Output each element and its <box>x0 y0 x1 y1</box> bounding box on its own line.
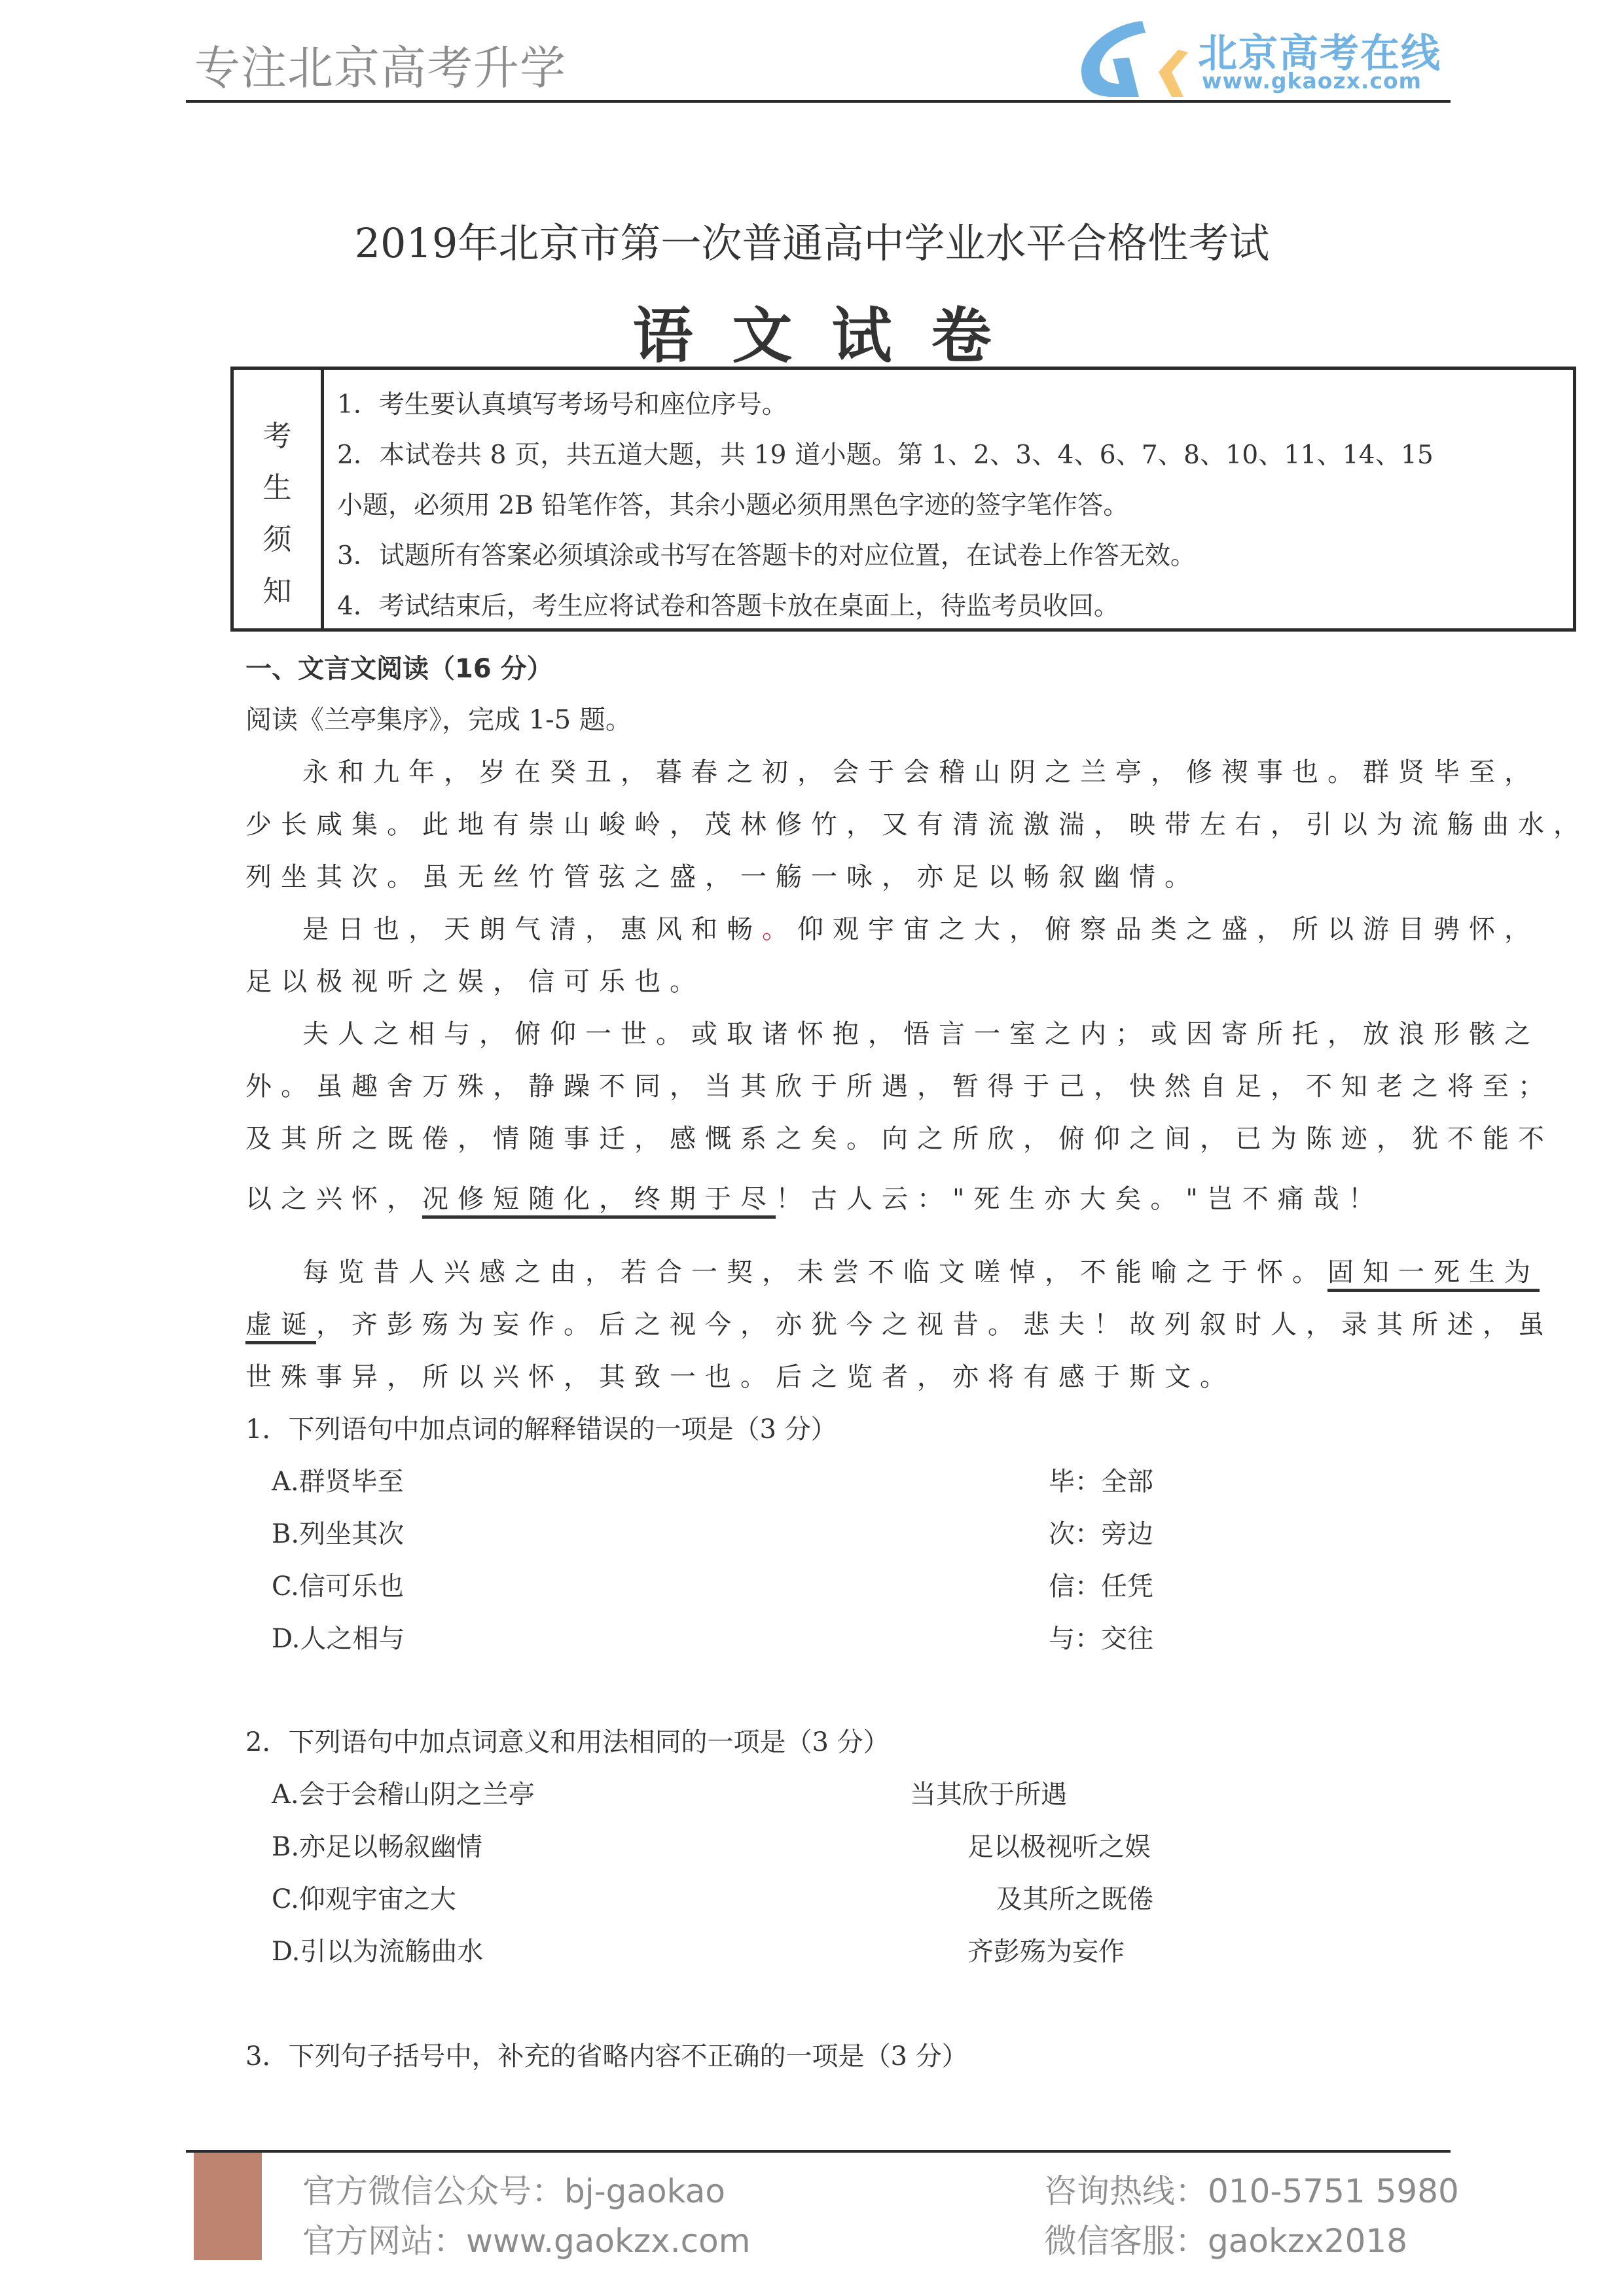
q2-option-d-compare: 齐彭殇为妄作 <box>967 1931 1125 1968</box>
header-slogan: 专注北京高考升学 <box>194 31 566 98</box>
exam-title: 2019年北京市第一次普通高中学业水平合格性考试 <box>0 211 1624 269</box>
notice-item-2-cont: 小题，必须用 2B 铅笔作答，其余小题必须用黑色字迹的签字笔作答。 <box>337 485 1128 522</box>
footer-wechat-public: 官方微信公众号：bj-gaokao <box>302 2165 725 2212</box>
passage-line: 及其所之既倦，情随事迁，感慨系之矣。向之所欣，俯仰之间，已为陈迹，犹不能不 <box>245 1118 1553 1155</box>
passage-line: 以之兴怀，况修短随化，终期于尽！古人云："死生亦大矣。"岂不痛哉！ <box>245 1178 1384 1215</box>
q1-option-a-gloss: 毕：全部 <box>1049 1461 1153 1498</box>
section-heading: 一、文言文阅读（16 分） <box>245 648 553 685</box>
passage-line: 虚诞，齐彭殇为妄作。后之视今，亦犹今之视昔。悲夫！故列叙时人，录其所述，虽 <box>245 1304 1553 1341</box>
passage-line: 每览昔人兴感之由，若合一契，未尝不临文嗟悼，不能喻之于怀。固知一死生为 <box>302 1251 1540 1289</box>
logo-url: www.gkaozx.com <box>1202 68 1422 94</box>
underlined-sentence: 固知一死生为 <box>1327 1257 1540 1292</box>
q1-option-c-gloss: 信：任凭 <box>1049 1566 1153 1603</box>
footer-accent-block <box>194 2153 262 2260</box>
footer-wechat-service: 微信客服：gaokzx2018 <box>1044 2215 1407 2262</box>
q2-option-c: C.仰观宇宙之大 <box>272 1878 456 1916</box>
passage-line: 是日也，天朗气清，惠风和畅。仰观宇宙之大，俯察品类之盛，所以游目骋怀， <box>302 908 1540 946</box>
footer-website: 官方网站：www.gaokzx.com <box>302 2215 750 2262</box>
notice-label: 考 生 须 知 <box>234 410 321 617</box>
notice-item-3: 3．试题所有答案必须填涂或书写在答题卡的对应位置，在试卷上作答无效。 <box>337 535 1196 572</box>
underlined-sentence: 况修短随化，终期于尽 <box>422 1184 776 1219</box>
red-period-mark: 。 <box>762 914 797 944</box>
q1-option-d: D.人之相与 <box>272 1618 405 1655</box>
notice-item-1: 1．考生要认真填写考场号和座位序号。 <box>337 384 787 421</box>
q2-option-b-compare: 足以极视听之娱 <box>967 1826 1151 1863</box>
passage-line: 世殊事异，所以兴怀，其致一也。后之览者，亦将有感于斯文。 <box>245 1356 1235 1393</box>
q1-option-a: A.群贤毕至 <box>272 1461 404 1498</box>
footer-divider <box>186 2150 1451 2153</box>
question-3-stem: 3．下列句子括号中，补充的省略内容不正确的一项是（3 分） <box>245 2036 968 2073</box>
q2-option-b: B.亦足以畅叙幽情 <box>272 1826 482 1863</box>
passage-line: 足以极视听之娱，信可乐也。 <box>245 961 705 998</box>
q2-option-c-compare: 及其所之既倦 <box>996 1878 1153 1916</box>
passage-line: 少长咸集。此地有崇山峻岭，茂林修竹，又有清流激湍，映带左右，引以为流觞曲水， <box>245 804 1589 841</box>
passage-line: 列坐其次。虽无丝竹管弦之盛，一觞一咏，亦足以畅叙幽情。 <box>245 856 1200 893</box>
q1-option-b: B.列坐其次 <box>272 1513 404 1551</box>
q1-option-d-gloss: 与：交往 <box>1049 1618 1153 1655</box>
q2-option-a-compare: 当其欣于所遇 <box>910 1774 1067 1811</box>
question-2-stem: 2．下列语句中加点词意义和用法相同的一项是（3 分） <box>245 1721 890 1759</box>
q1-option-c: C.信可乐也 <box>272 1566 404 1603</box>
passage-line: 夫人之相与，俯仰一世。或取诸怀抱，悟言一室之内；或因寄所托，放浪形骸之 <box>302 1013 1540 1050</box>
header-divider <box>186 100 1451 103</box>
question-1-stem: 1．下列语句中加点词的解释错误的一项是（3 分） <box>245 1408 837 1446</box>
q1-option-b-gloss: 次：旁边 <box>1049 1513 1153 1551</box>
passage-line: 永和九年，岁在癸丑，暮春之初，会于会稽山阴之兰亭，修禊事也。群贤毕至， <box>302 751 1540 789</box>
underlined-sentence: 虚诞 <box>245 1310 316 1344</box>
candidate-notice-box: 考 生 须 知 1．考生要认真填写考场号和座位序号。 2．本试卷共 8 页，共五… <box>230 367 1576 632</box>
q2-option-d: D.引以为流觞曲水 <box>272 1931 483 1968</box>
footer-hotline: 咨询热线：010-5751 5980 <box>1044 2165 1459 2212</box>
passage-line: 外。虽趣舍万殊，静躁不同，当其欣于所遇，暂得于己，快然自足，不知老之将至； <box>245 1066 1553 1103</box>
q2-option-a: A.会于会稽山阴之兰亭 <box>272 1774 535 1811</box>
notice-item-4: 4．考试结束后，考生应将试卷和答题卡放在桌面上，待监考员收回。 <box>337 586 1119 622</box>
notice-item-2: 2．本试卷共 8 页，共五道大题，共 19 道小题。第 1、2、3、4、6、7、… <box>337 435 1434 471</box>
subject-title: 语文试卷 <box>0 288 1624 374</box>
notice-divider <box>321 370 324 628</box>
reading-instruction: 阅读《兰亭集序》，完成 1-5 题。 <box>245 699 632 736</box>
